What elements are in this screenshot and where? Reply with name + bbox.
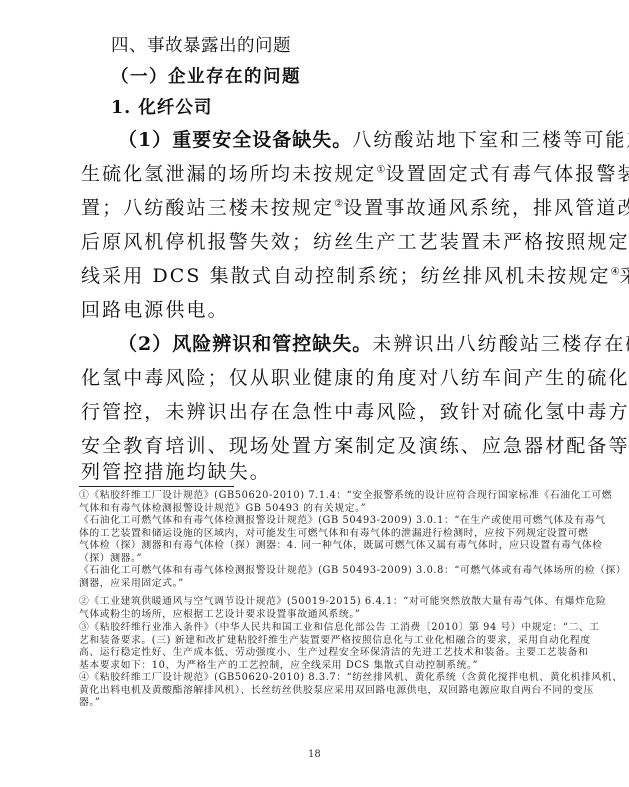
- paragraph-1-lead: （1）重要安全设备缺失。: [118, 129, 352, 151]
- footnote-line: ④《粘胶纤维工厂设计规范》(GB50620-2010) 8.3.7：“纺丝排风机…: [79, 672, 559, 685]
- footnote-line: 气体检（探）测器和有毒气体检（探）测器：4. 同一种气体，既属可燃气体又属有毒气…: [79, 540, 559, 553]
- footnote-line: 体的工艺装置和储运设施的区域内，对可能发生可燃气体和有毒气体的泄漏进行检测时，应…: [79, 528, 559, 541]
- footnote-line: 器。”: [79, 697, 559, 710]
- paragraph-2-line-3: 行管控，未辨识出存在急性中毒风险，致针对硫化氢中毒方面的: [81, 400, 551, 424]
- item-heading: 1. 化纤公司: [111, 96, 581, 120]
- subsection-heading: （一）企业存在的问题: [111, 65, 581, 89]
- paragraph-2-line-4: 安全教育培训、现场处置方案制定及演练、应急器材配备等一系: [81, 434, 551, 458]
- footnote-line: 气体和有毒气体检测报警设计规范》GB 50493 的有关规定。”: [79, 503, 559, 516]
- footnote-line: 高、运行稳定性好、生产成本低、劳动强度小、生产过程安全环保清洁的先进工艺技术和装…: [79, 647, 559, 660]
- paragraph-1-line-5: 线采用 DCS 集散式自动控制系统；纺丝排风机未按规定④采用双: [81, 264, 551, 288]
- footnote-line: 艺和装备要求。(三) 新建和改扩建粘胶纤维生产装置要严格按照信息化与工业化相融合…: [79, 635, 559, 648]
- paragraph-1-line-3: 置；八纺酸站三楼未按规定②设置事故通风系统，排风管道改造: [81, 196, 551, 220]
- footnote-line: 《石油化工可燃气体和有毒气体检测报警设计规范》(GB 50493-2009) 3…: [79, 515, 559, 528]
- footnote-line: ③《粘胶纤维行业准入条件》（中华人民共和国工业和信息化部公告 工消费〔2010〕…: [79, 622, 559, 635]
- paragraph-1-line-1: （1）重要安全设备缺失。八纺酸站地下室和三楼等可能产: [118, 128, 588, 152]
- footnote-ref-2[interactable]: ②: [334, 199, 343, 210]
- section-heading: 四、事故暴露出的问题: [111, 34, 581, 58]
- footnote-line: 黄化出料电机及黄酸酯溶解排风机）、长丝纺丝供胶泵应采用双回路电源供电，双回路电源…: [79, 685, 559, 698]
- footnote-line: 气体或粉尘的场所，应根据工艺设计要求设置事故通风系统。”: [79, 609, 559, 622]
- paragraph-2-line-1: （2）风险辨识和管控缺失。未辨识出八纺酸站三楼存在硫: [118, 332, 588, 356]
- paragraph-1-line-6: 回路电源供电。: [81, 298, 551, 322]
- footnote-line: ①《粘胶纤维工厂设计规范》(GB50620-2010) 7.1.4：“安全报警系…: [79, 490, 559, 503]
- paragraph-2-line-5: 列管控措施均缺失。: [81, 460, 551, 484]
- footnote-line: 测器，应采用固定式。”: [79, 578, 559, 591]
- paragraph-1-line-4: 后原风机停机报警失效；纺丝生产工艺装置未严格按照规定③全: [81, 230, 551, 254]
- footnote-ref-4[interactable]: ④: [611, 267, 620, 278]
- paragraph-2-line-2: 化氢中毒风险；仅从职业健康的角度对八纺车间产生的硫化氢进: [81, 366, 551, 390]
- footnote-line: ②《工业建筑供暖通风与空气调节设计规范》(50019-2015) 6.4.1：“…: [79, 596, 559, 609]
- footnote-line: 《石油化工可燃气体和有毒气体检测报警设计规范》(GB 50493-2009) 3…: [79, 565, 559, 578]
- paragraph-2-lead: （2）风险辨识和管控缺失。: [118, 333, 372, 355]
- footnote-line: （探）测器。”: [79, 553, 559, 566]
- footnote-separator: [79, 486, 234, 487]
- document-page: 四、事故暴露出的问题 （一）企业存在的问题 1. 化纤公司 （1）重要安全设备缺…: [0, 0, 629, 787]
- paragraph-1-line-2: 生硫化氢泄漏的场所均未按规定①设置固定式有毒气体报警装: [81, 162, 551, 186]
- footnote-line: 基本要求如下：10、为严格生产的工艺控制，应全线采用 DCS 集散式自动控制系统…: [79, 660, 559, 673]
- page-number: 18: [308, 749, 321, 760]
